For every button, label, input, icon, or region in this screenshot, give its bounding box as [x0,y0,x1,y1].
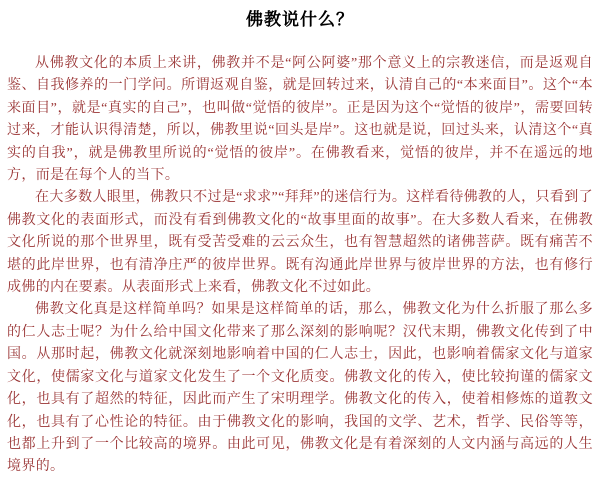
page-title: 佛教说什么？ [7,8,593,32]
document-page: 佛教说什么？ 从佛教文化的本质上来讲，佛教并不是“阿公阿婆”那个意义上的宗教迷信… [0,0,600,477]
paragraph-1: 从佛教文化的本质上来讲，佛教并不是“阿公阿婆”那个意义上的宗教迷信，而是返观自鉴… [7,53,593,187]
paragraph-3: 佛教文化真是这样简单吗？如果是这样简单的话，那么，佛教文化为什么折服了那么多的仁… [7,299,593,477]
article-body: 从佛教文化的本质上来讲，佛教并不是“阿公阿婆”那个意义上的宗教迷信，而是返观自鉴… [7,53,593,477]
paragraph-2: 在大多数人眼里，佛教只不过是“求求”“拜拜”的迷信行为。这样看待佛教的人，只看到… [7,187,593,299]
